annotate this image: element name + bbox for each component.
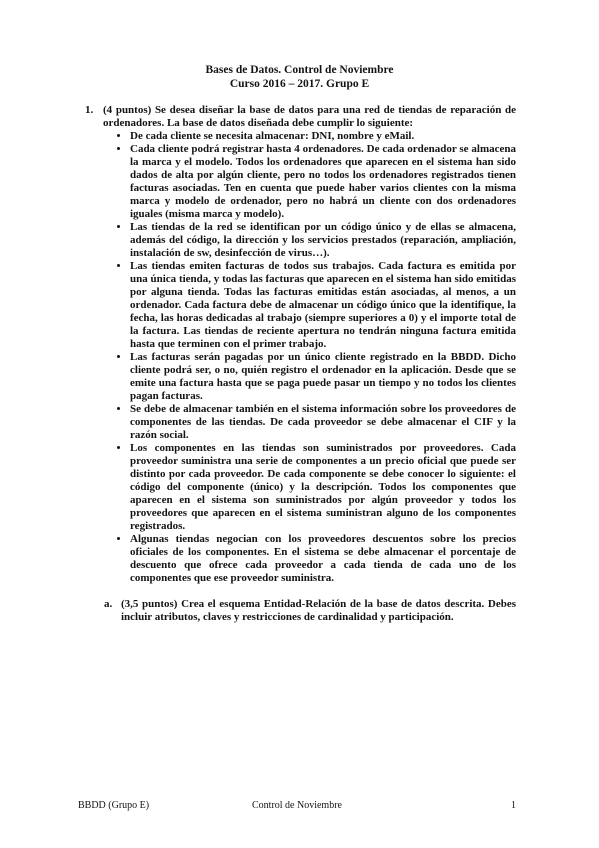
subquestion-a-text: (3,5 puntos) Crea el esquema Entidad-Rel…	[121, 598, 516, 624]
subquestion-a: a. (3,5 puntos) Crea el esquema Entidad-…	[103, 598, 516, 624]
subquestion-a-letter: a.	[103, 598, 121, 624]
requirement-item: Las tiendas emiten facturas de todos sus…	[130, 260, 516, 351]
question-1-intro: (4 puntos) Se desea diseñar la base de d…	[103, 104, 516, 130]
title-line-1: Bases de Datos. Control de Noviembre	[0, 63, 599, 77]
question-1-body: (4 puntos) Se desea diseñar la base de d…	[103, 104, 516, 624]
question-1-number: 1.	[85, 104, 103, 624]
requirement-item: Cada cliente podrá registrar hasta 4 ord…	[130, 143, 516, 221]
page-footer: BBDD (Grupo E) Control de Noviembre 1	[78, 800, 516, 812]
title-line-2: Curso 2016 – 2017. Grupo E	[0, 77, 599, 91]
question-1: 1. (4 puntos) Se desea diseñar la base d…	[85, 104, 516, 624]
document-page: Bases de Datos. Control de Noviembre Cur…	[0, 0, 599, 848]
footer-exam-label: Control de Noviembre	[224, 800, 370, 812]
requirement-item: Las tiendas de la red se identifican por…	[130, 221, 516, 260]
requirement-item: Algunas tiendas negocian con los proveed…	[130, 533, 516, 585]
footer-course-label: BBDD (Grupo E)	[78, 800, 224, 812]
requirement-item: Las facturas serán pagadas por un único …	[130, 351, 516, 403]
footer-page-number: 1	[370, 800, 516, 812]
document-title: Bases de Datos. Control de Noviembre Cur…	[0, 0, 599, 91]
requirement-item: Se debe de almacenar también en el siste…	[130, 403, 516, 442]
requirement-item: De cada cliente se necesita almacenar: D…	[130, 130, 516, 143]
requirements-list: De cada cliente se necesita almacenar: D…	[103, 130, 516, 585]
requirement-item: Los componentes en las tiendas son sumin…	[130, 442, 516, 533]
